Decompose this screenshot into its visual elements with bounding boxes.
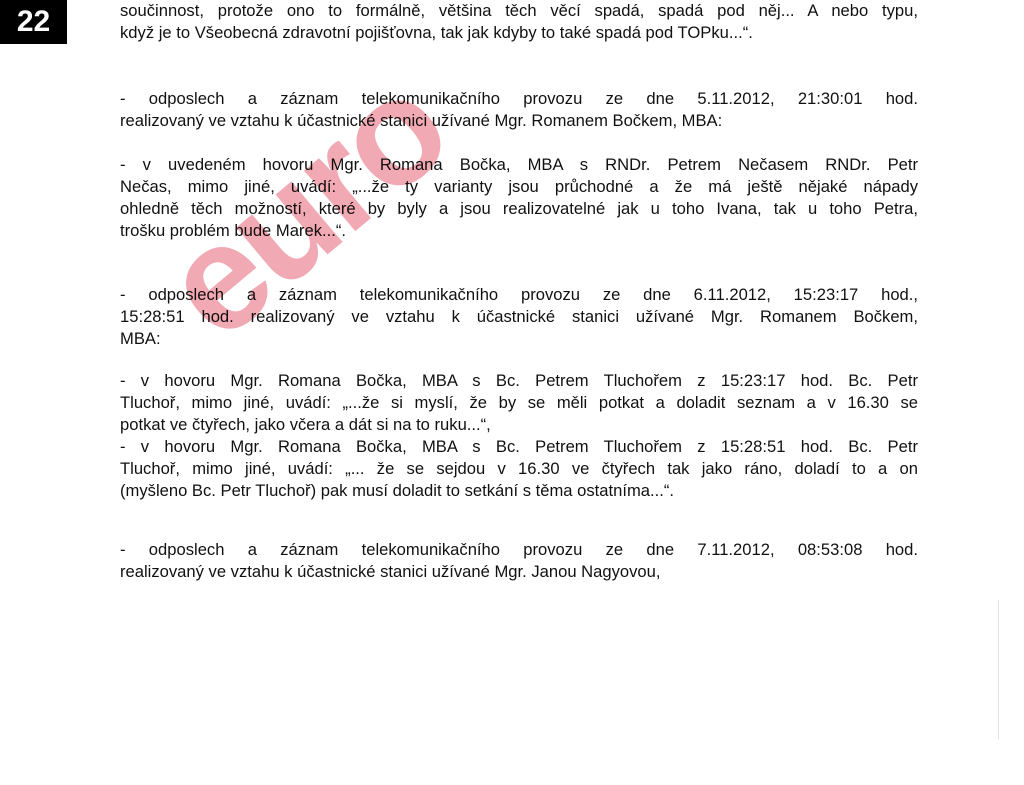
page-number-badge: 22 [0,0,67,44]
paragraph-call-summary-1: - v uvedeném hovoru Mgr. Romana Bočka, M… [120,154,918,242]
text-line: - v hovoru Mgr. Romana Bočka, MBA s Bc. … [120,436,918,458]
scan-margin-line [998,600,999,740]
text-line: Tluchoř, mimo jiné, uvádí: „...že si mys… [120,392,918,414]
paragraph-quote-continuation: součinnost, protože ono to formálně, vět… [120,0,918,44]
paragraph-call-summary-2: - v hovoru Mgr. Romana Bočka, MBA s Bc. … [120,370,918,502]
text-line: potkat ve čtyřech, jako včera a dát si n… [120,414,918,436]
text-line: - odposlech a záznam telekomunikačního p… [120,88,918,110]
text-line: - odposlech a záznam telekomunikačního p… [120,284,918,306]
text-line: realizovaný ve vztahu k účastnické stani… [120,110,918,132]
text-line: součinnost, protože ono to formálně, vět… [120,0,918,22]
text-line: když je to Všeobecná zdravotní pojišťovn… [120,22,918,44]
text-line: realizovaný ve vztahu k účastnické stani… [120,561,918,583]
text-line: 15:28:51 hod. realizovaný ve vztahu k úč… [120,306,918,328]
paragraph-intercept-record-3: - odposlech a záznam telekomunikačního p… [120,539,918,583]
text-line: ohledně těch možností, které by byly a j… [120,198,918,220]
text-line: Nečas, mimo jiné, uvádí: „...že ty varia… [120,176,918,198]
text-line: MBA: [120,328,918,350]
text-line: - v uvedeném hovoru Mgr. Romana Bočka, M… [120,154,918,176]
text-line: - odposlech a záznam telekomunikačního p… [120,539,918,561]
text-line: Tluchoř, mimo jiné, uvádí: „... že se se… [120,458,918,480]
paragraph-intercept-record-2: - odposlech a záznam telekomunikačního p… [120,284,918,350]
text-line: - v hovoru Mgr. Romana Bočka, MBA s Bc. … [120,370,918,392]
text-line: trošku problém bude Marek...“. [120,220,918,242]
paragraph-intercept-record-1: - odposlech a záznam telekomunikačního p… [120,88,918,132]
text-line: (myšleno Bc. Petr Tluchoř) pak musí dola… [120,480,918,502]
